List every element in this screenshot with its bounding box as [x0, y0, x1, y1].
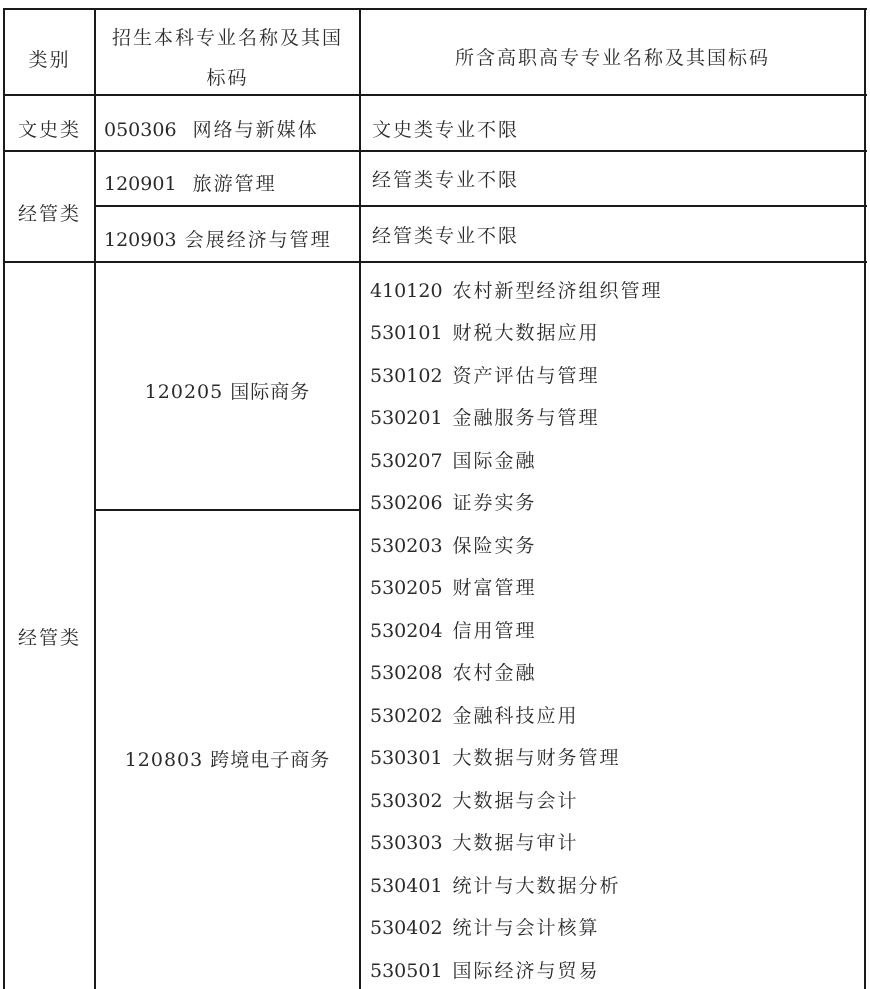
- block-category: 经管类: [5, 626, 94, 650]
- row3-major-name: 会展经济与管理: [185, 229, 332, 251]
- list-item: 530303大数据与审计: [370, 831, 579, 855]
- border-row3-bottom: [3, 261, 867, 263]
- row1-major-name: 网络与新媒体: [193, 119, 319, 141]
- row1-major-code: 050306: [104, 119, 177, 141]
- row2-major: 120901 旅游管理: [104, 172, 277, 196]
- header-category: 类别: [5, 48, 94, 72]
- row3-major-code: 120903: [104, 229, 177, 251]
- list-item: 530203保险实务: [370, 534, 537, 558]
- row3-included: 经管类专业不限: [372, 224, 519, 248]
- list-item: 530206证券实务: [370, 491, 537, 515]
- header-undergrad-major-line2: 标码: [96, 66, 359, 90]
- list-item: 410120农村新型经济组织管理: [370, 279, 663, 303]
- block-major-international-business: 120205 国际商务: [96, 380, 359, 404]
- list-item: 530501国际经济与贸易: [370, 959, 600, 983]
- border-right: [864, 8, 866, 989]
- border-row2-bottom: [95, 205, 867, 207]
- border-row1-bottom: [3, 150, 867, 152]
- list-item: 530402统计与会计核算: [370, 916, 600, 940]
- row2-included: 经管类专业不限: [372, 168, 519, 192]
- row2-major-name: 旅游管理: [193, 173, 277, 195]
- list-item: 530208农村金融: [370, 661, 537, 685]
- list-item: 530302大数据与会计: [370, 789, 579, 813]
- list-item: 530204信用管理: [370, 619, 537, 643]
- list-item: 530207国际金融: [370, 449, 537, 473]
- list-item: 530102资产评估与管理: [370, 364, 600, 388]
- list-item: 530301大数据与财务管理: [370, 746, 621, 770]
- border-col2-right: [359, 8, 361, 989]
- list-item: 530101财税大数据应用: [370, 321, 600, 345]
- border-header-bottom: [3, 94, 867, 96]
- row2-category: 经管类: [5, 202, 94, 226]
- list-item: 530202金融科技应用: [370, 704, 579, 728]
- border-top: [3, 8, 867, 10]
- list-item: 530205财富管理: [370, 576, 537, 600]
- row2-major-code: 120901: [104, 173, 177, 195]
- header-included-majors: 所含高职高专专业名称及其国标码: [361, 46, 864, 70]
- list-item: 530401统计与大数据分析: [370, 874, 621, 898]
- border-col1-right: [94, 8, 96, 989]
- row1-category: 文史类: [5, 118, 94, 142]
- row3-major: 120903 会展经济与管理: [104, 228, 332, 252]
- border-left: [3, 8, 5, 989]
- border-block-divider: [95, 509, 361, 511]
- row1-major: 050306 网络与新媒体: [104, 118, 319, 142]
- block-major-cross-border-ecommerce: 120803 跨境电子商务: [96, 748, 359, 772]
- list-item: 530201金融服务与管理: [370, 406, 600, 430]
- row1-included: 文史类专业不限: [372, 118, 519, 142]
- header-undergrad-major-line1: 招生本科专业名称及其国: [96, 26, 359, 50]
